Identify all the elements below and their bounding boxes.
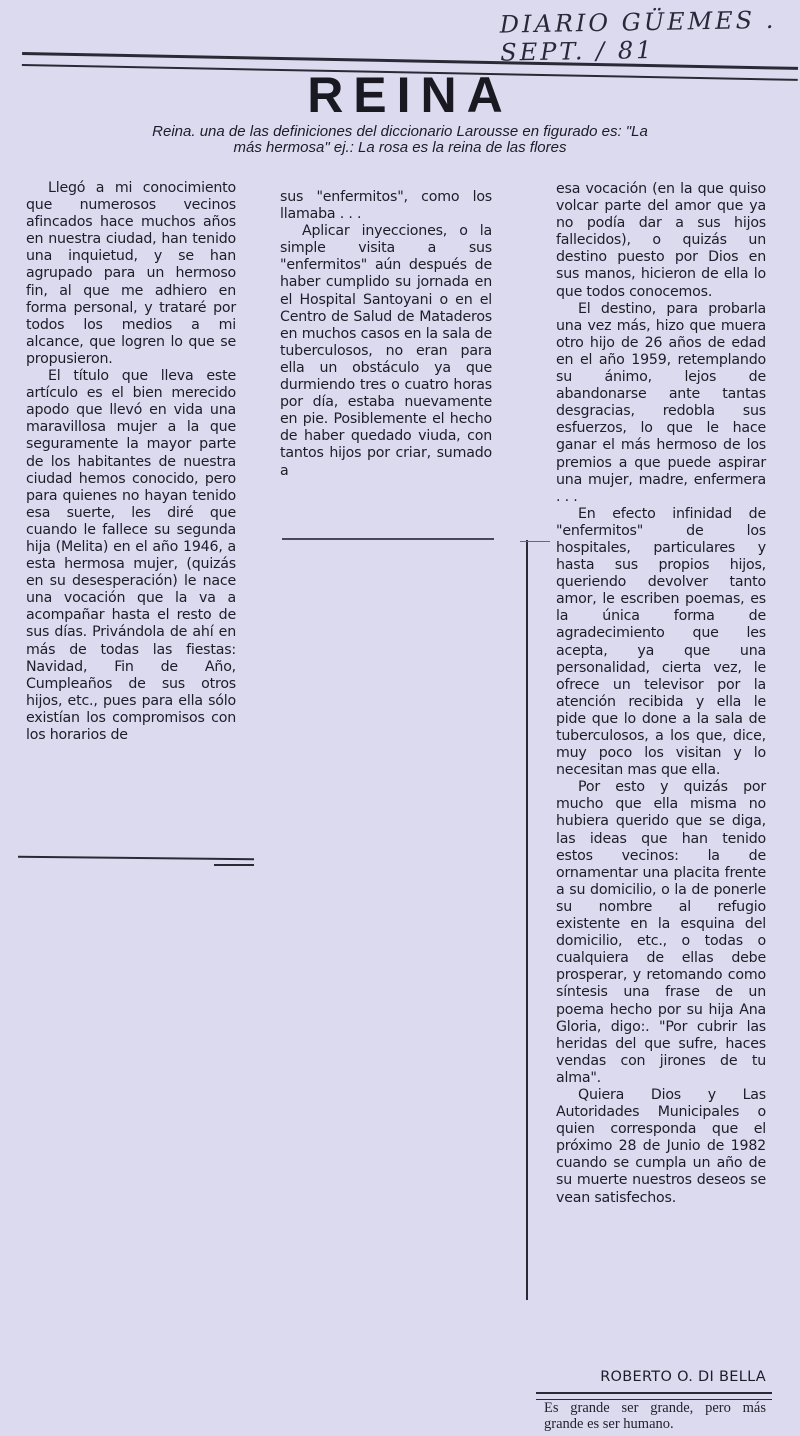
column-2-end-rule bbox=[282, 538, 494, 540]
headline: REINA bbox=[10, 66, 800, 124]
paragraph: Aplicar inyecciones, o la simple visita … bbox=[280, 223, 492, 479]
paragraph: En efecto infinidad de "enfermitos" de l… bbox=[556, 506, 766, 780]
handwritten-source-note: DIARIO GÜEMES . SEPT. / 81 bbox=[500, 5, 800, 66]
paragraph: El destino, para probarla una vez más, h… bbox=[556, 301, 766, 506]
column-1-end-rule-short bbox=[214, 864, 254, 866]
author-signature: ROBERTO O. DI BELLA bbox=[556, 1369, 766, 1385]
article-column-3: esa vocación (en la que quiso volcar par… bbox=[556, 181, 766, 1207]
column-divider bbox=[526, 540, 528, 1300]
closing-motto: Es grande ser grande, pero más grande es… bbox=[544, 1400, 766, 1432]
deck-subtitle: Reina. una de las definiciones del dicci… bbox=[150, 124, 650, 156]
article-column-1: Llegó a mi conocimiento que numerosos ve… bbox=[26, 180, 236, 744]
paragraph: Por esto y quizás por mucho que ella mis… bbox=[556, 779, 766, 1087]
column-1-end-rule bbox=[18, 856, 254, 860]
paragraph: esa vocación (en la que quiso volcar par… bbox=[556, 181, 766, 301]
paragraph: Llegó a mi conocimiento que numerosos ve… bbox=[26, 180, 236, 368]
paragraph: El título que lleva este artículo es el … bbox=[26, 368, 236, 744]
signature-double-rule bbox=[536, 1392, 772, 1400]
article-column-2: sus "enfermitos", como los llamaba . . .… bbox=[280, 189, 492, 480]
column-3-box-top bbox=[520, 541, 550, 542]
paragraph: sus "enfermitos", como los llamaba . . . bbox=[280, 189, 492, 223]
paragraph: Quiera Dios y Las Autoridades Municipale… bbox=[556, 1087, 766, 1207]
